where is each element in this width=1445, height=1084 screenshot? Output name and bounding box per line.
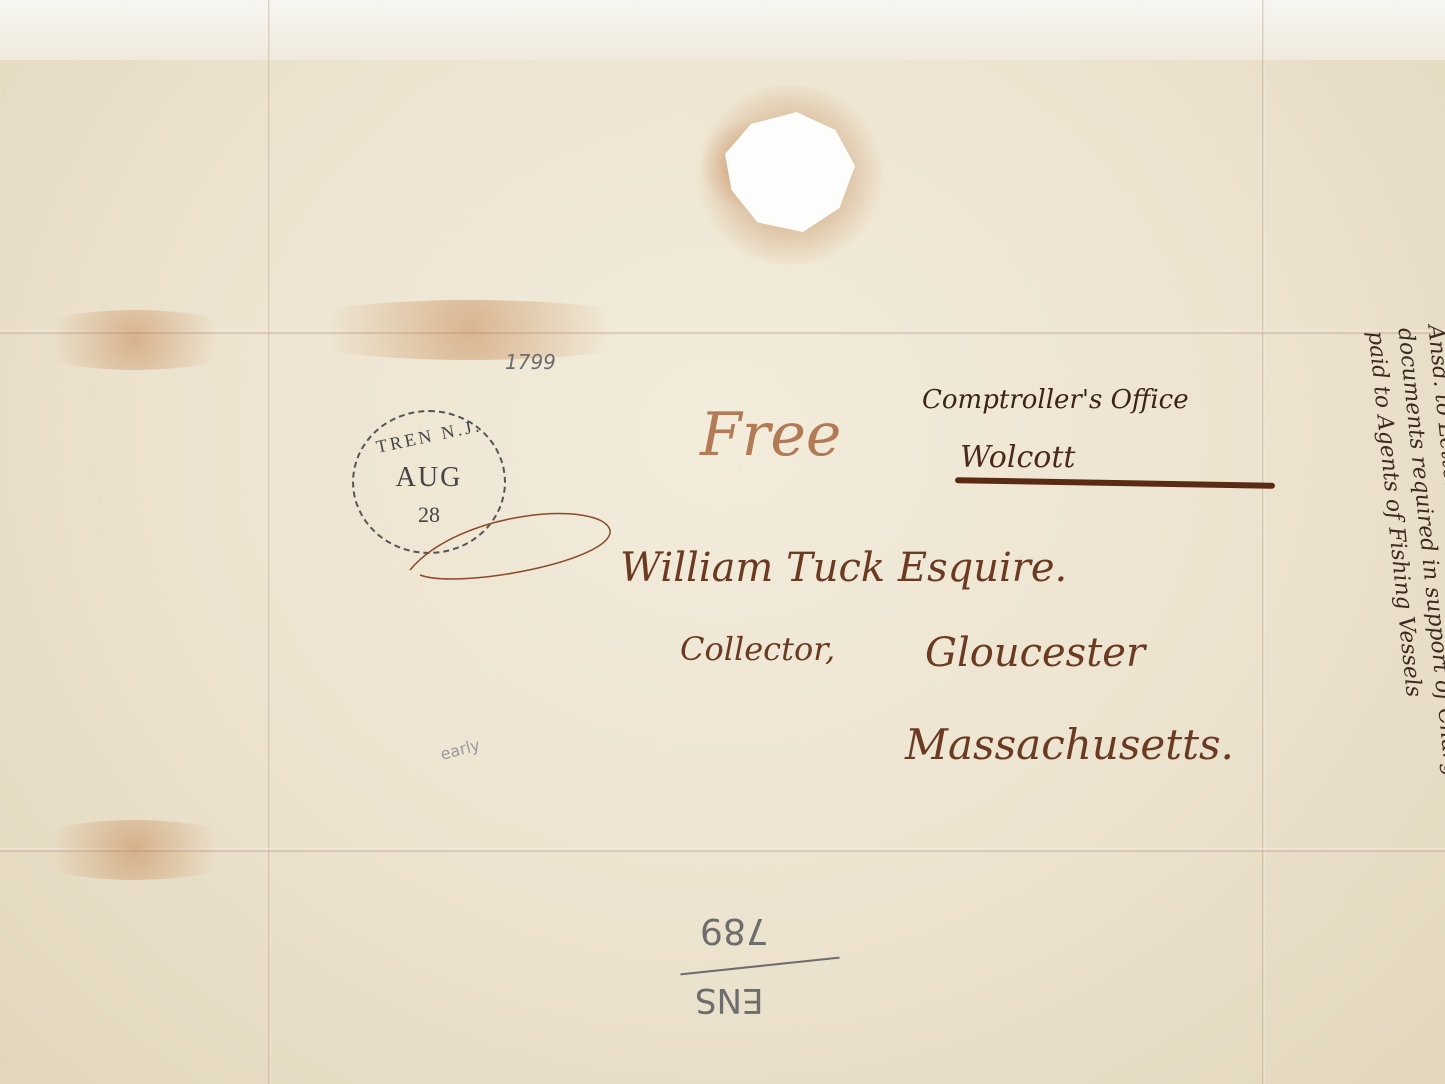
sender-office: Comptroller's Office xyxy=(922,385,1189,415)
addressee-state: Massachusetts. xyxy=(905,720,1234,769)
addressee-title: Collector, xyxy=(680,630,835,668)
free-frank: Free xyxy=(700,400,841,470)
fold-line xyxy=(268,0,271,1084)
pencil-number: 789 xyxy=(700,910,769,951)
addressee-name: William Tuck Esquire. xyxy=(620,545,1067,591)
stain xyxy=(20,310,250,370)
year-note: 1799 xyxy=(505,350,556,374)
fold-line xyxy=(1262,0,1265,1084)
addressee-city: Gloucester xyxy=(925,630,1145,676)
background-surface xyxy=(0,0,1445,60)
stain xyxy=(20,820,250,880)
sender-signature: Wolcott xyxy=(960,440,1075,475)
pencil-code: ENS xyxy=(695,980,764,1020)
flourish xyxy=(400,490,620,600)
stain xyxy=(270,300,670,360)
